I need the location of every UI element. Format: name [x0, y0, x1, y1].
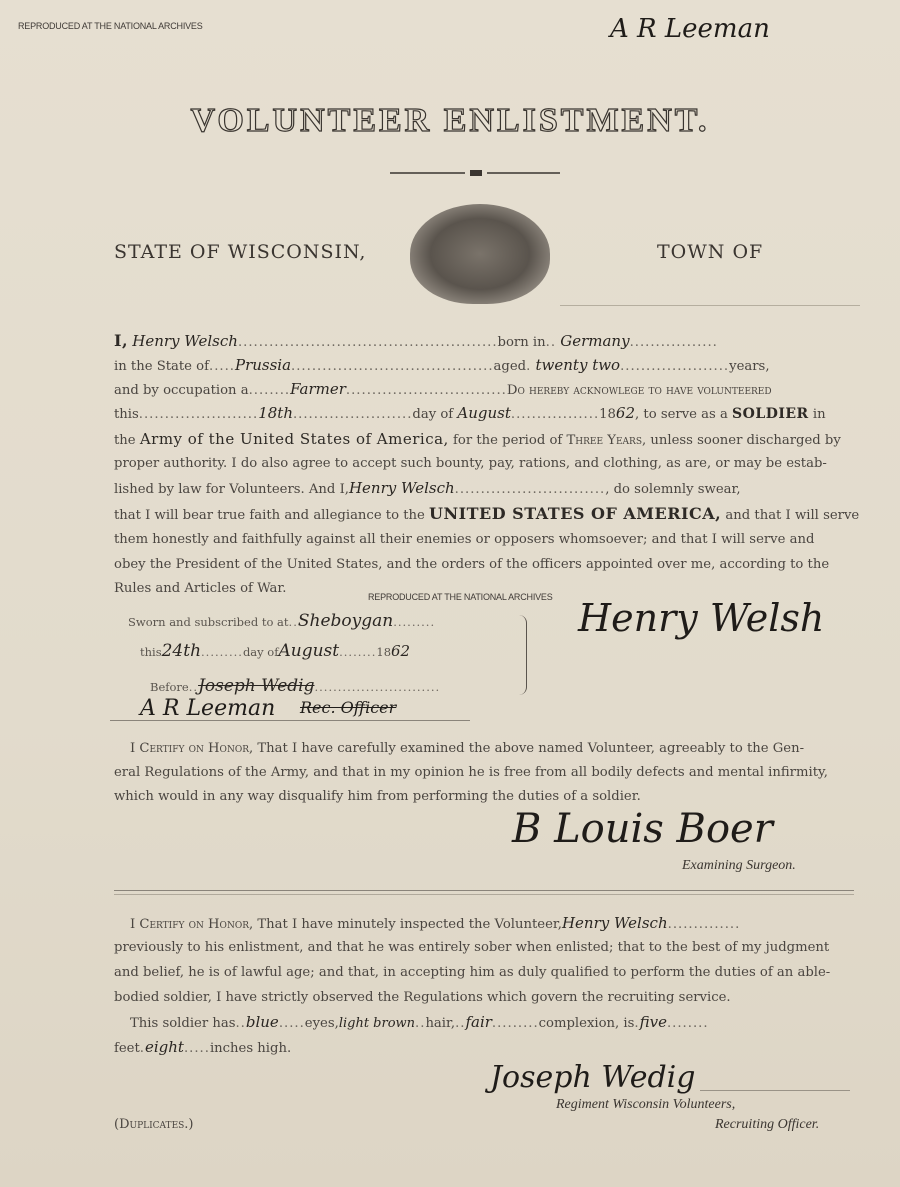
text-line: proper authority. I do also agree to acc…	[114, 453, 859, 475]
recruiter-title: Recruiting Officer.	[715, 1117, 819, 1133]
surgeon-cert-line: I Certify on Honor, That I have carefull…	[130, 738, 875, 760]
surgeon-title: Examining Surgeon.	[682, 858, 796, 874]
height-inches: eight	[145, 1038, 184, 1056]
volunteer-signature: Henry Welsh	[578, 596, 824, 640]
sworn-date-line: this24th.........day ofAugust........186…	[140, 640, 885, 663]
divider	[114, 894, 854, 895]
duplicates-label: (Duplicates.)	[114, 1117, 194, 1132]
description-line: This soldier has..blue.....eyes,light br…	[130, 1011, 875, 1035]
divider	[560, 305, 860, 306]
text-line: obey the President of the United States,…	[114, 554, 859, 576]
height-feet: five	[640, 1013, 667, 1031]
surgeon-signature: B Louis Boer	[512, 806, 773, 852]
before-official: Joseph Wedig	[198, 676, 314, 696]
sworn-place: Sheboygan	[298, 611, 393, 631]
divider	[110, 720, 470, 721]
enlist-month: August	[457, 404, 510, 422]
signature-line	[700, 1090, 850, 1091]
state-seal-icon	[410, 204, 550, 304]
enlist-day: 18th	[258, 404, 293, 422]
ornament-divider-icon	[390, 170, 560, 176]
text-line: previously to his enlistment, and that h…	[114, 937, 859, 959]
archives-stamp: REPRODUCED AT THE NATIONAL ARCHIVES	[368, 592, 553, 602]
oath-line: lished by law for Volunteers. And I,Henr…	[114, 477, 859, 501]
brace	[516, 615, 527, 695]
recruiter-cert-line: I Certify on Honor, That I have minutely…	[130, 912, 875, 936]
text-line: them honestly and faithfully against all…	[114, 529, 859, 551]
town-heading: TOWN OF	[657, 241, 763, 263]
name-line: I, Henry Welsch.........................…	[114, 330, 859, 354]
height-line: feet.eight.....inches high.	[114, 1036, 859, 1060]
enlistment-document: REPRODUCED AT THE NATIONAL ARCHIVES A R …	[0, 0, 900, 1187]
sworn-month: August	[279, 641, 340, 661]
text-line: which would in any way disqualify him fr…	[114, 786, 859, 808]
complexion: fair	[465, 1013, 491, 1031]
recruiter-signature: Joseph Wedig	[490, 1060, 695, 1095]
age: twenty two	[536, 356, 621, 374]
volunteer-name: Henry Welsch	[132, 332, 238, 350]
state-line: in the State of.....Prussia.............…	[114, 354, 859, 378]
hair-color: light brown	[339, 1016, 415, 1031]
top-signature: A R Leeman	[610, 14, 770, 44]
birthplace: Germany	[560, 332, 629, 350]
birth-state: Prussia	[235, 356, 291, 374]
official-signature: A R Leeman	[140, 696, 275, 721]
inspected-volunteer: Henry Welsch	[562, 914, 668, 932]
oath-name: Henry Welsch	[349, 479, 455, 497]
army-line: the Army of the United States of America…	[114, 428, 859, 452]
regiment-label: Regiment Wisconsin Volunteers,	[556, 1097, 735, 1113]
date-line: this.......................18th.........…	[114, 402, 859, 426]
eye-color: blue	[246, 1013, 279, 1031]
enlist-year: 62	[616, 404, 635, 422]
archives-stamp: REPRODUCED AT THE NATIONAL ARCHIVES	[18, 21, 203, 31]
sworn-day: 24th	[162, 641, 201, 661]
text-line: eral Regulations of the Army, and that i…	[114, 762, 859, 784]
text-line: bodied soldier, I have strictly observed…	[114, 987, 859, 1009]
allegiance-line: that I will bear true faith and allegian…	[114, 503, 859, 527]
official-title: Rec. Officer	[300, 698, 396, 717]
divider	[114, 890, 854, 891]
occupation: Farmer	[290, 380, 346, 398]
sworn-year: 62	[391, 642, 410, 660]
document-title: VOLUNTEER ENLISTMENT.	[0, 102, 900, 140]
text-line: and belief, he is of lawful age; and tha…	[114, 962, 859, 984]
occupation-line: and by occupation a........Farmer.......…	[114, 378, 859, 402]
state-heading: STATE OF WISCONSIN,	[114, 241, 366, 263]
